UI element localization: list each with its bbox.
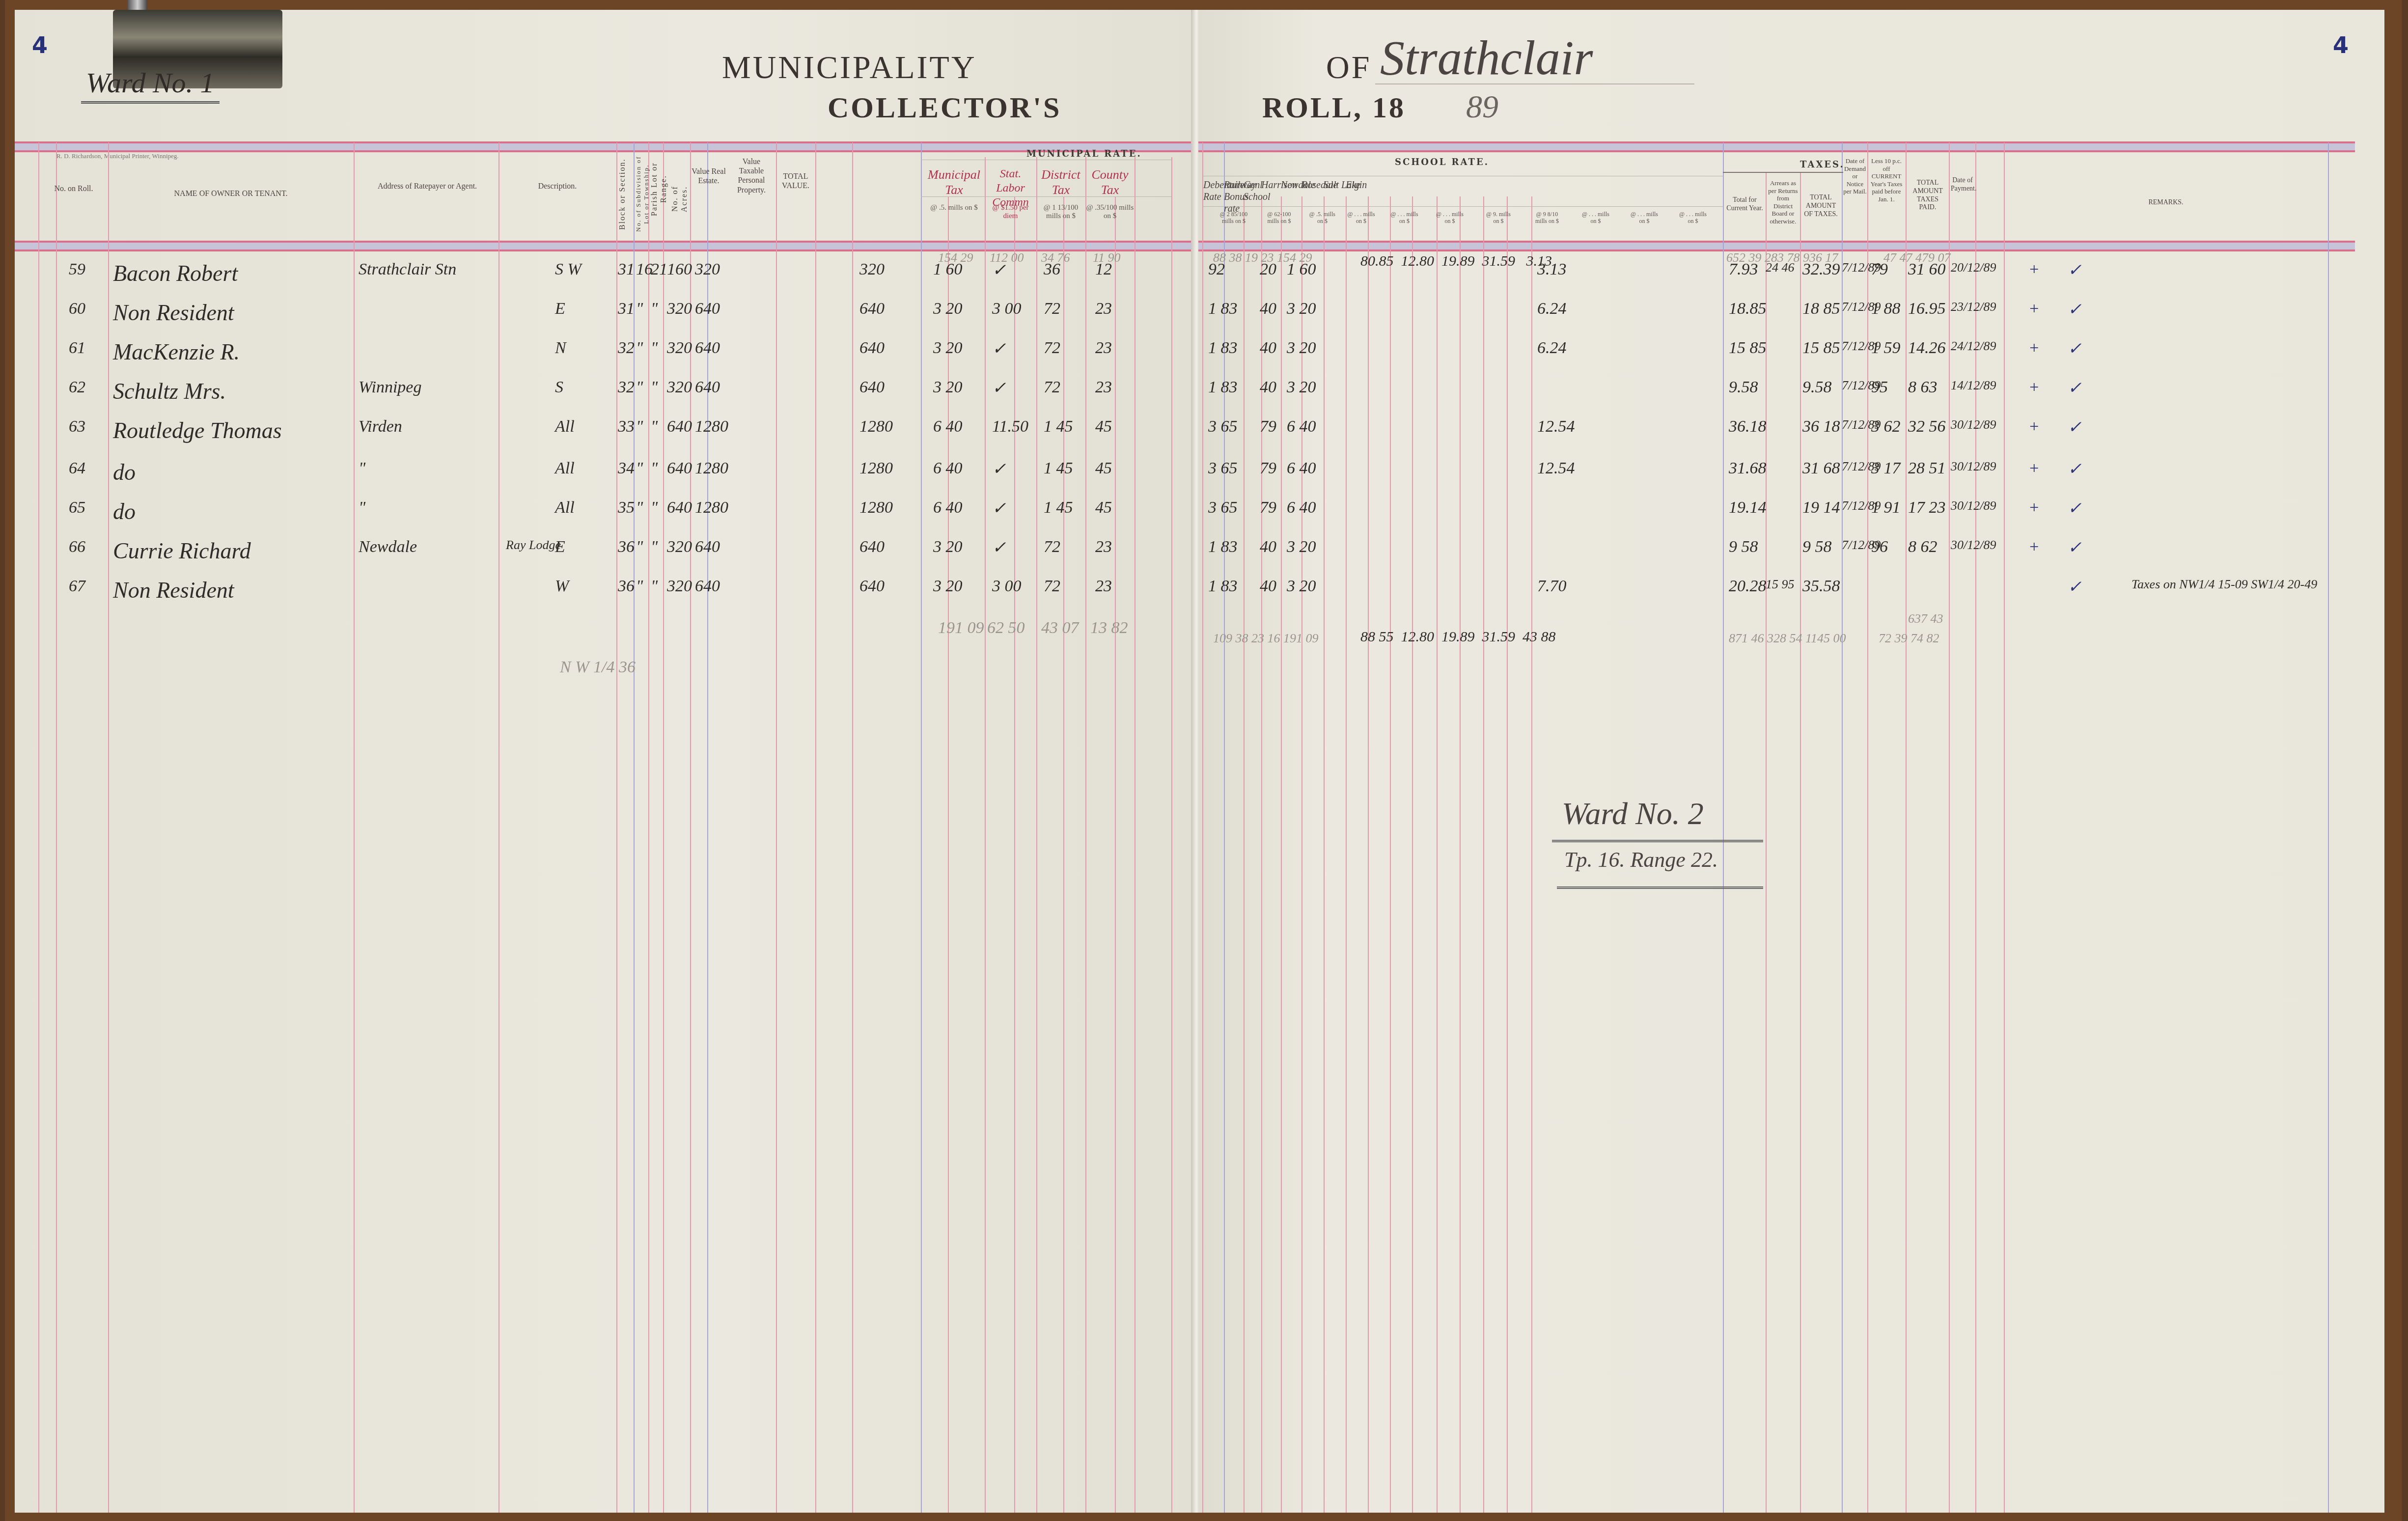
row-65-school: 6 40 xyxy=(1287,498,1316,517)
total-school-faint: 109 38 23 16 191 09 xyxy=(1213,631,1319,646)
row-59-tot_current: 7.93 xyxy=(1729,260,1758,279)
row-67-municipal: 3 20 xyxy=(933,577,963,596)
row-59-rge: 21 xyxy=(651,260,667,279)
total-extra-faint: 637 43 xyxy=(1908,611,1943,626)
row-66-desc: Ray Lodge xyxy=(506,538,561,553)
row-66-labor: ✓ xyxy=(992,538,1006,557)
row-66-total_taxes: 9 58 xyxy=(1802,538,1832,556)
row-65-part: All xyxy=(555,498,575,517)
row-62-total: 640 xyxy=(859,378,885,397)
total-school: 88 55 12.80 19.89 31.59 43 88 xyxy=(1360,629,1556,645)
row-65-total_taxes: 19 14 xyxy=(1802,498,1840,517)
row-63-no: 63 xyxy=(69,417,85,436)
row-61-total_taxes: 15 85 xyxy=(1802,339,1840,358)
row-66-real: 640 xyxy=(695,538,720,556)
row-66-county: 23 xyxy=(1095,538,1112,556)
row-61-debenture: 1 83 xyxy=(1208,339,1238,358)
row-67-tot_current: 20.28 xyxy=(1729,577,1767,596)
row-67-twp: " xyxy=(636,577,643,596)
row-67-labor: 3 00 xyxy=(992,577,1022,596)
row-64-check: ✓ xyxy=(2068,459,2082,479)
row-63-acres: 640 xyxy=(667,417,692,436)
row-60-rge: " xyxy=(651,300,658,318)
row-62-twp: " xyxy=(636,378,643,397)
row-62-labor: ✓ xyxy=(992,378,1006,398)
row-59-pay_date: 20/12/89 xyxy=(1951,260,1996,275)
row-66-pay_date: 30/12/89 xyxy=(1951,538,1996,553)
school-col-7-rate: @ 9 8/10 mills on $ xyxy=(1532,211,1562,225)
row-60-total: 640 xyxy=(859,300,885,318)
title-roll: ROLL, 18 xyxy=(1262,91,1406,125)
row-65-mark: + xyxy=(2028,498,2040,517)
header-value-real-estate: Value Real Estate. xyxy=(692,167,726,186)
row-60-real: 640 xyxy=(695,300,720,318)
row-67-county: 23 xyxy=(1095,577,1112,596)
row-64-debenture: 3 65 xyxy=(1208,459,1238,478)
row-67-real: 640 xyxy=(695,577,720,596)
row-60-special: 6.24 xyxy=(1537,300,1567,318)
row-59-real: 320 xyxy=(695,260,720,279)
school-col-1-rate: @ 62-100 mills on $ xyxy=(1264,211,1294,225)
school-col-10-rate: @ . . . mills on $ xyxy=(1678,211,1708,225)
printer-imprint: R. D. Richardson, Municipal Printer, Win… xyxy=(56,152,179,160)
row-66-district: 72 xyxy=(1044,538,1060,556)
row-67-debenture: 1 83 xyxy=(1208,577,1238,596)
row-61-tot_current: 15 85 xyxy=(1729,339,1767,358)
row-62-discount: 95 xyxy=(1871,378,1888,397)
row-59-discount: 79 xyxy=(1871,260,1888,279)
row-67-sec: 36 xyxy=(618,577,635,596)
row-66-paid: 8 62 xyxy=(1908,538,1937,556)
section-school-rate: SCHOOL RATE. xyxy=(1395,157,1489,167)
row-59-acres: 160 xyxy=(667,260,692,279)
header-county-tax: County Tax xyxy=(1085,167,1135,197)
row-60-total_taxes: 18 85 xyxy=(1802,300,1840,318)
row-66-total: 640 xyxy=(859,538,885,556)
row-59-paid: 31 60 xyxy=(1908,260,1946,279)
row-61-railway: 40 xyxy=(1260,339,1276,358)
carry-school-totals: 80.85 12.80 19.89 31.59 3.13 xyxy=(1360,253,1552,270)
row-62-no: 62 xyxy=(69,378,85,397)
row-59-county: 12 xyxy=(1095,260,1112,279)
row-59-arrears: 24 46 xyxy=(1766,260,1795,275)
row-59-labor: ✓ xyxy=(992,260,1006,280)
row-60-debenture: 1 83 xyxy=(1208,300,1238,318)
row-66-discount: 96 xyxy=(1871,538,1888,556)
rate-municipal-tax: @ .5. mills on $ xyxy=(923,204,985,212)
header-date-payment: Date of Payment. xyxy=(1951,177,1974,194)
header-remarks: REMARKS. xyxy=(2033,199,2298,207)
total-labor: 62 50 xyxy=(987,619,1025,637)
row-63-mark: + xyxy=(2028,417,2040,436)
section-taxes: TAXES. xyxy=(1800,160,1845,170)
row-62-name: Schultz Mrs. xyxy=(113,378,226,404)
header-stat-labor: Stat. Labor Commn xyxy=(985,167,1036,209)
row-65-debenture: 3 65 xyxy=(1208,498,1238,517)
row-65-rge: " xyxy=(651,498,658,517)
row-60-county: 23 xyxy=(1095,300,1112,318)
row-61-total: 640 xyxy=(859,339,885,358)
row-60-part: E xyxy=(555,300,565,318)
row-62-tot_current: 9.58 xyxy=(1729,378,1758,397)
row-64-acres: 640 xyxy=(667,459,692,478)
row-64-district: 1 45 xyxy=(1044,459,1073,478)
row-60-labor: 3 00 xyxy=(992,300,1022,318)
row-66-sec: 36 xyxy=(618,538,635,556)
header-total-paid: TOTAL AMOUNT TAXES PAID. xyxy=(1908,179,1947,212)
row-62-mark: + xyxy=(2028,378,2040,397)
row-59-mark: + xyxy=(2028,260,2040,279)
row-62-sec: 32 xyxy=(618,378,635,397)
row-66-no: 66 xyxy=(69,538,85,556)
header-less-discount: Less 10 p.c. off CURRENT Year's Taxes pa… xyxy=(1869,157,1904,203)
municipality-name: Strathclair xyxy=(1380,29,1593,86)
row-67-arrears: 15 95 xyxy=(1766,577,1795,592)
row-63-county: 45 xyxy=(1095,417,1112,436)
row-65-no: 65 xyxy=(69,498,85,517)
row-66-acres: 320 xyxy=(667,538,692,556)
row-66-municipal: 3 20 xyxy=(933,538,963,556)
header-total-amount-taxes: TOTAL AMOUNT OF TAXES. xyxy=(1802,194,1839,219)
row-60-railway: 40 xyxy=(1260,300,1276,318)
header-block-section: Block or Section. xyxy=(618,157,627,231)
row-63-debenture: 3 65 xyxy=(1208,417,1238,436)
row-65-address: " xyxy=(359,498,365,517)
row-63-total_taxes: 36 18 xyxy=(1802,417,1840,436)
school-col-6-rate: @ 9. mills on $ xyxy=(1484,211,1513,225)
row-63-school: 6 40 xyxy=(1287,417,1316,436)
row-64-total_taxes: 31 68 xyxy=(1802,459,1840,478)
ward2-sub: Tp. 16. Range 22. xyxy=(1564,847,1718,872)
row-60-tot_current: 18.85 xyxy=(1729,300,1767,318)
row-67-school: 3 20 xyxy=(1287,577,1316,596)
page-number-right: 4 xyxy=(2333,32,2349,58)
header-subdivision: No. of Subdivision of Lot or Township. xyxy=(635,152,650,236)
header-top-band xyxy=(15,141,1193,152)
rate-stat-labor: @ $1.50 per diem xyxy=(985,204,1036,221)
row-59-special: 3.13 xyxy=(1537,260,1567,279)
row-64-labor: ✓ xyxy=(992,459,1006,479)
row-59-sec: 31 xyxy=(618,260,635,279)
row-64-rge: " xyxy=(651,459,658,478)
row-65-paid: 17 23 xyxy=(1908,498,1946,517)
row-60-mark: + xyxy=(2028,300,2040,318)
row-65-district: 1 45 xyxy=(1044,498,1073,517)
row-65-check: ✓ xyxy=(2068,498,2082,518)
title-of: OF xyxy=(1326,49,1371,86)
row-65-county: 45 xyxy=(1095,498,1112,517)
header-parish-lot-range: Parish Lot or Range. xyxy=(650,152,668,226)
row-61-mark: + xyxy=(2028,339,2040,358)
row-63-check: ✓ xyxy=(2068,417,2082,437)
row-63-discount: 3 62 xyxy=(1871,417,1901,436)
row-62-rge: " xyxy=(651,378,658,397)
row-61-labor: ✓ xyxy=(992,339,1006,359)
total-municipal: 191 09 xyxy=(938,619,984,637)
row-61-name: MacKenzie R. xyxy=(113,339,240,365)
row-60-sec: 31 xyxy=(618,300,635,318)
row-60-name: Non Resident xyxy=(113,300,234,326)
row-67-check: ✓ xyxy=(2068,577,2082,597)
row-62-railway: 40 xyxy=(1260,378,1276,397)
row-65-twp: " xyxy=(636,498,643,517)
row-61-acres: 320 xyxy=(667,339,692,358)
row-64-county: 45 xyxy=(1095,459,1112,478)
school-col-8-rate: @ . . . mills on $ xyxy=(1581,211,1610,225)
row-65-pay_date: 30/12/89 xyxy=(1951,498,1996,513)
school-col-4-rate: @ . . . mills on $ xyxy=(1390,211,1419,225)
header-total-value: TOTAL VALUE. xyxy=(778,172,813,191)
row-63-part: All xyxy=(555,417,575,436)
row-60-municipal: 3 20 xyxy=(933,300,963,318)
row-59-name: Bacon Robert xyxy=(113,260,238,286)
row-64-real: 1280 xyxy=(695,459,728,478)
row-61-district: 72 xyxy=(1044,339,1060,358)
row-62-real: 640 xyxy=(695,378,720,397)
ward2-title: Ward No. 2 xyxy=(1562,796,1704,832)
row-66-name: Currie Richard xyxy=(113,538,251,564)
row-64-sec: 34 xyxy=(618,459,635,478)
row-64-address: " xyxy=(359,459,365,478)
row-59-twp: 16 xyxy=(636,260,653,279)
title-collectors: COLLECTOR'S xyxy=(828,91,1061,125)
row-63-special: 12.54 xyxy=(1537,417,1575,436)
row-59-no: 59 xyxy=(69,260,85,279)
row-61-sec: 32 xyxy=(618,339,635,358)
school-col-9-rate: @ . . . mills on $ xyxy=(1630,211,1659,225)
row-61-no: 61 xyxy=(69,339,85,358)
row-60-discount: 1 88 xyxy=(1871,300,1901,318)
row-60-school: 3 20 xyxy=(1287,300,1316,318)
row-66-school: 3 20 xyxy=(1287,538,1316,556)
row-67-special: 7.70 xyxy=(1537,577,1567,596)
row-67-railway: 40 xyxy=(1260,577,1276,596)
row-60-district: 72 xyxy=(1044,300,1060,318)
row-59-check: ✓ xyxy=(2068,260,2082,280)
row-59-debenture: 92 xyxy=(1208,260,1225,279)
row-64-tot_current: 31.68 xyxy=(1729,459,1767,478)
row-60-no: 60 xyxy=(69,300,85,318)
row-59-railway: 20 xyxy=(1260,260,1276,279)
row-66-check: ✓ xyxy=(2068,538,2082,557)
row-62-county: 23 xyxy=(1095,378,1112,397)
note-nw-36: N W 1/4 36 xyxy=(560,658,636,677)
row-61-county: 23 xyxy=(1095,339,1112,358)
row-63-pay_date: 30/12/89 xyxy=(1951,417,1996,432)
header-total-current-year: Total for Current Year. xyxy=(1726,196,1763,213)
row-61-rge: " xyxy=(651,339,658,358)
row-67-remarks: Taxes on NW1/4 15-09 SW1/4 20-49 xyxy=(2131,577,2317,592)
row-62-debenture: 1 83 xyxy=(1208,378,1238,397)
header-address: Address of Ratepayer or Agent. xyxy=(359,182,496,191)
row-61-check: ✓ xyxy=(2068,339,2082,359)
row-64-paid: 28 51 xyxy=(1908,459,1946,478)
header-no-on-roll: No. on Roll. xyxy=(54,184,93,194)
rate-district-tax: @ 1 13/100 mills on $ xyxy=(1036,204,1085,221)
row-64-twp: " xyxy=(636,459,643,478)
header-acres: No. of Acres. xyxy=(670,172,689,226)
row-65-name: do xyxy=(113,498,136,525)
row-65-discount: 1 91 xyxy=(1871,498,1901,517)
total-county: 13 82 xyxy=(1090,619,1128,637)
row-59-part: S W xyxy=(555,260,581,279)
row-64-no: 64 xyxy=(69,459,85,478)
header-municipal-tax: Municipal Tax xyxy=(923,167,985,197)
row-62-municipal: 3 20 xyxy=(933,378,963,397)
header-name: NAME OF OWNER OR TENANT. xyxy=(113,189,349,198)
ward-label: Ward No. 1 xyxy=(81,66,220,104)
total-taxes-faint: 871 46 328 54 1145 00 xyxy=(1729,631,1846,646)
row-63-real: 1280 xyxy=(695,417,728,436)
row-61-real: 640 xyxy=(695,339,720,358)
row-63-municipal: 6 40 xyxy=(933,417,963,436)
row-65-real: 1280 xyxy=(695,498,728,517)
row-64-railway: 79 xyxy=(1260,459,1276,478)
row-63-tot_current: 36.18 xyxy=(1729,417,1767,436)
row-64-discount: 3 17 xyxy=(1871,459,1901,478)
header-bottom-band xyxy=(15,241,1193,251)
row-67-total: 640 xyxy=(859,577,885,596)
row-61-discount: 1 59 xyxy=(1871,339,1901,358)
header-top-band-right xyxy=(1198,141,2355,152)
row-66-tot_current: 9 58 xyxy=(1729,538,1758,556)
right-page: 4 OF Strathclair ROLL, 18 89 SCHOOL RATE… xyxy=(1198,10,2384,1513)
row-62-acres: 320 xyxy=(667,378,692,397)
row-63-district: 1 45 xyxy=(1044,417,1073,436)
row-66-address: Newdale xyxy=(359,538,417,556)
row-61-part: N xyxy=(555,339,566,358)
row-64-special: 12.54 xyxy=(1537,459,1575,478)
row-64-name: do xyxy=(113,459,136,485)
row-65-acres: 640 xyxy=(667,498,692,517)
row-61-pay_date: 24/12/89 xyxy=(1951,339,1996,354)
row-66-rge: " xyxy=(651,538,658,556)
row-66-part: E xyxy=(555,538,565,556)
row-63-rge: " xyxy=(651,417,658,436)
row-63-labor: 11.50 xyxy=(992,417,1028,436)
row-60-pay_date: 23/12/89 xyxy=(1951,300,1996,314)
header-bottom-band-right xyxy=(1198,241,2355,251)
row-62-part: S xyxy=(555,378,563,397)
row-62-total_taxes: 9.58 xyxy=(1802,378,1832,397)
row-64-part: All xyxy=(555,459,575,478)
row-67-total_taxes: 35.58 xyxy=(1802,577,1840,596)
school-col-5-rate: @ . . . mills on $ xyxy=(1435,211,1465,225)
row-61-paid: 14.26 xyxy=(1908,339,1946,358)
row-59-total_taxes: 32.39 xyxy=(1802,260,1840,279)
row-62-pay_date: 14/12/89 xyxy=(1951,378,1996,393)
row-63-sec: 33 xyxy=(618,417,635,436)
row-65-sec: 35 xyxy=(618,498,635,517)
row-63-total: 1280 xyxy=(859,417,893,436)
row-67-rge: " xyxy=(651,577,658,596)
row-61-special: 6.24 xyxy=(1537,339,1567,358)
row-63-paid: 32 56 xyxy=(1908,417,1946,436)
row-63-name: Routledge Thomas xyxy=(113,417,282,443)
row-64-mark: + xyxy=(2028,459,2040,478)
row-61-twp: " xyxy=(636,339,643,358)
row-61-municipal: 3 20 xyxy=(933,339,963,358)
row-60-paid: 16.95 xyxy=(1908,300,1946,318)
row-59-address: Strathclair Stn xyxy=(359,260,456,279)
year-handwritten: 89 xyxy=(1466,88,1498,126)
row-67-no: 67 xyxy=(69,577,85,596)
row-67-district: 72 xyxy=(1044,577,1060,596)
row-67-part: W xyxy=(555,577,569,596)
header-value-personal: Value Taxable Personal Property. xyxy=(729,157,774,195)
row-65-municipal: 6 40 xyxy=(933,498,963,517)
row-59-total: 320 xyxy=(859,260,885,279)
header-arrears: Arrears as per Returns from District Boa… xyxy=(1767,179,1799,225)
header-description: Description. xyxy=(506,182,609,191)
title-municipality: MUNICIPALITY xyxy=(722,49,977,86)
total-paid-faint: 72 39 74 82 xyxy=(1879,631,1939,646)
row-67-acres: 320 xyxy=(667,577,692,596)
row-64-school: 6 40 xyxy=(1287,459,1316,478)
row-64-pay_date: 30/12/89 xyxy=(1951,459,1996,474)
row-59-municipal: 1 60 xyxy=(933,260,963,279)
row-59-district: 36 xyxy=(1044,260,1060,279)
row-65-labor: ✓ xyxy=(992,498,1006,518)
section-municipal-rate: MUNICIPAL RATE. xyxy=(1026,149,1142,159)
row-59-school: 1 60 xyxy=(1287,260,1316,279)
school-col-7-label: Elgin xyxy=(1346,179,1390,191)
row-60-acres: 320 xyxy=(667,300,692,318)
row-64-municipal: 6 40 xyxy=(933,459,963,478)
header-district-tax: District Tax xyxy=(1036,167,1085,197)
school-col-2-rate: @ .5. mills on $ xyxy=(1307,211,1337,225)
row-60-twp: " xyxy=(636,300,643,318)
row-62-district: 72 xyxy=(1044,378,1060,397)
row-61-school: 3 20 xyxy=(1287,339,1316,358)
row-64-total: 1280 xyxy=(859,459,893,478)
rate-county-tax: @ .35/100 mills on $ xyxy=(1085,204,1135,221)
header-date-demand: Date of Demand or Notice per Mail. xyxy=(1843,157,1867,195)
row-60-check: ✓ xyxy=(2068,300,2082,319)
row-63-railway: 79 xyxy=(1260,417,1276,436)
row-66-debenture: 1 83 xyxy=(1208,538,1238,556)
row-63-address: Virden xyxy=(359,417,402,436)
row-67-name: Non Resident xyxy=(113,577,234,603)
row-65-railway: 79 xyxy=(1260,498,1276,517)
school-col-3-rate: @ . . . mills on $ xyxy=(1347,211,1376,225)
row-62-paid: 8 63 xyxy=(1908,378,1937,397)
left-page: 4 Ward No. 1 MUNICIPALITY COLLECTOR'S R.… xyxy=(15,10,1193,1513)
row-66-mark: + xyxy=(2028,538,2040,556)
row-62-check: ✓ xyxy=(2068,378,2082,398)
total-district: 43 07 xyxy=(1041,619,1079,637)
row-62-school: 3 20 xyxy=(1287,378,1316,397)
row-66-twp: " xyxy=(636,538,643,556)
row-65-tot_current: 19.14 xyxy=(1729,498,1767,517)
row-66-railway: 40 xyxy=(1260,538,1276,556)
row-65-total: 1280 xyxy=(859,498,893,517)
page-number-left: 4 xyxy=(32,32,48,58)
row-63-twp: " xyxy=(636,417,643,436)
row-62-address: Winnipeg xyxy=(359,378,421,397)
